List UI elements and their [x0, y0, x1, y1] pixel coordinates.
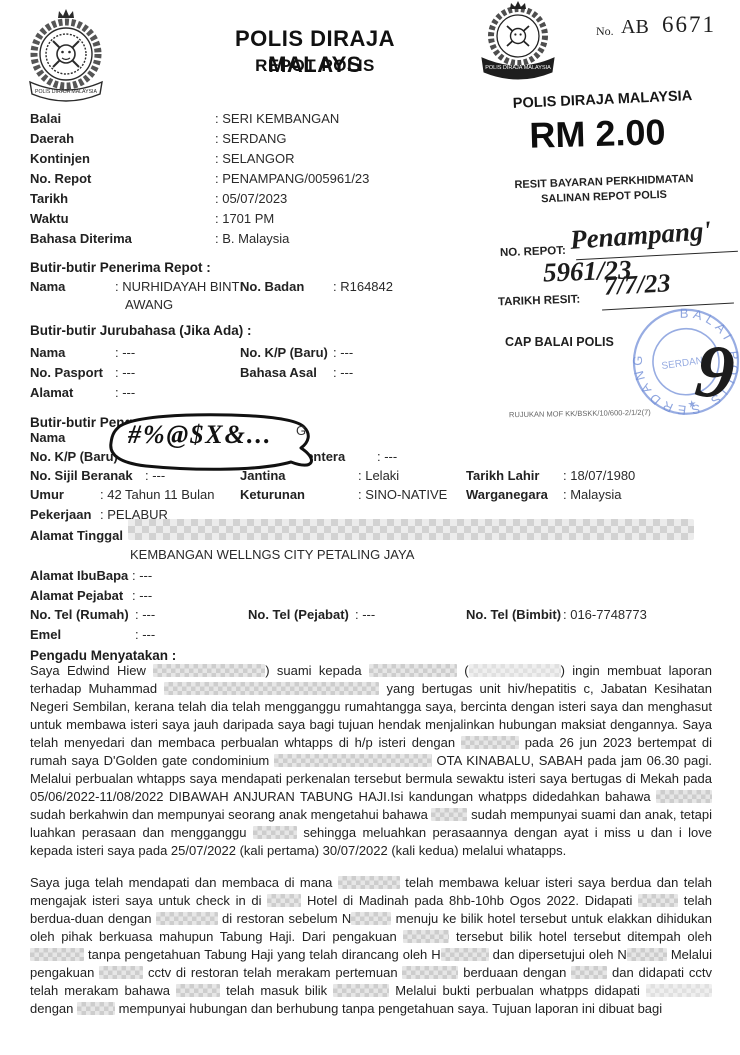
redacted-text: [656, 790, 712, 803]
statement-text: cctv di restoran telah merakam pertemuan: [143, 965, 402, 980]
statement-text: dengan: [30, 1001, 77, 1016]
field-label: No. K/P (Baru): [240, 345, 328, 360]
redacted-text: [30, 948, 84, 961]
redacted-text: [402, 966, 458, 979]
field-label: Warganegara: [466, 487, 548, 502]
redacted-address-line: [128, 519, 694, 540]
field-label: No. K/P (Baru): [30, 449, 118, 464]
field-value: : SELANGOR: [215, 151, 294, 166]
field-label: Tarikh: [30, 191, 68, 206]
field-value: : ---: [115, 365, 135, 380]
statement-paragraph-2: Saya juga telah mendapati dan membaca di…: [30, 874, 712, 1018]
page-subtitle: REPOT POLIS: [190, 56, 440, 76]
field-value: : Malaysia: [563, 487, 622, 502]
statement-text: telah masuk bilik: [220, 983, 333, 998]
redacted-text: [274, 754, 432, 767]
field-label: Alamat Tinggal: [30, 528, 123, 543]
police-report-page: POLIS DIRAJA MALAYSIA POLIS DIRAJA MALAY…: [0, 0, 740, 1055]
redacted-text: [77, 1002, 115, 1015]
field-label: Nama: [30, 279, 65, 294]
cap-balai-label: CAP BALAI POLIS: [505, 335, 614, 349]
field-label: Balai: [30, 111, 61, 126]
field-value: : ---: [135, 627, 155, 642]
field-label: Alamat Pejabat: [30, 588, 123, 603]
field-label: Pekerjaan: [30, 507, 91, 522]
field-value: : 42 Tahun 11 Bulan: [100, 487, 214, 502]
redacted-text: [99, 966, 143, 979]
field-label: Waktu: [30, 211, 69, 226]
statement-text: Hotel di Madinah pada 8hb-10hb Ogos 2022…: [301, 893, 638, 908]
statement-text: (: [457, 663, 469, 678]
field-label: Emel: [30, 627, 61, 642]
field-value: : ---: [132, 588, 152, 603]
handwritten-receipt-date: 7/7/23: [603, 270, 671, 299]
statement-heading: Pengadu Menyatakan :: [30, 648, 176, 663]
handwritten-nine: 9: [692, 332, 738, 412]
field-value: : ---: [115, 345, 135, 360]
field-label: No. Tel (Bimbit): [466, 607, 561, 622]
receipt-tarikh-label: TARIKH RESIT:: [498, 294, 581, 309]
field-value: : ---: [132, 568, 152, 583]
field-label: No. Badan: [240, 279, 304, 294]
field-value: : 18/07/1980: [563, 468, 635, 483]
serial-number: 6671: [662, 12, 716, 38]
statement-text: tanpa pengetahuan Tabung Haji yang telah…: [84, 947, 441, 962]
field-value: : ---: [135, 607, 155, 622]
statement-text: Saya juga telah mendapati dan membaca di…: [30, 875, 338, 890]
redacted-text: [571, 966, 607, 979]
field-label: Alamat: [30, 385, 73, 400]
field-label: No. Pasport: [30, 365, 103, 380]
field-value: : ---: [333, 345, 353, 360]
field-label: Bahasa Diterima: [30, 231, 132, 246]
redacted-text: [351, 912, 391, 925]
field-value: : NURHIDAYAH BINTI: [115, 279, 243, 294]
scribble-text: #%@$X&...: [128, 420, 272, 450]
statement-text: Melalui bukti perbualan whatpps didapati: [389, 983, 646, 998]
statement-text: tersebut bilik hotel tersebut ditempah o…: [449, 929, 712, 944]
redacted-text: [333, 984, 389, 997]
statement-body: Saya Edwind Hiew ) suami kepada () ingin…: [30, 662, 712, 1032]
field-value: : ---: [333, 365, 353, 380]
crest-ribbon-text: POLIS DIRAJA MALAYSIA: [35, 89, 97, 95]
field-label: Tarikh Lahir: [466, 468, 539, 483]
field-value: : ---: [355, 607, 375, 622]
name-visible-letter: G: [296, 423, 306, 438]
crest-ribbon-text: POLIS DIRAJA MALAYSIA: [485, 65, 551, 71]
statement-paragraph-1: Saya Edwind Hiew ) suami kepada () ingin…: [30, 662, 712, 860]
redacted-text: [338, 876, 400, 889]
statement-text: sudah berkahwin dan mempunyai seorang an…: [30, 807, 431, 822]
field-label: Nama: [30, 430, 65, 445]
statement-text: di restoran sebelum N: [218, 911, 352, 926]
redacted-text: [369, 664, 457, 677]
field-label: Umur: [30, 487, 64, 502]
redacted-text: [403, 930, 449, 943]
redacted-text: [253, 826, 297, 839]
field-label: Alamat IbuBapa: [30, 568, 128, 583]
field-value: : 05/07/2023: [215, 191, 287, 206]
field-value: : ---: [377, 449, 397, 464]
field-value: : R164842: [333, 279, 393, 294]
field-value: KEMBANGAN WELLNGS CITY PETALING JAYA: [130, 547, 414, 562]
field-label: No. Tel (Pejabat): [248, 607, 349, 622]
redacted-text: [164, 682, 379, 695]
redacted-text: [461, 736, 519, 749]
redacted-text: [646, 984, 712, 997]
field-label: No. Repot: [30, 171, 91, 186]
redacted-text: [627, 948, 667, 961]
statement-text: dan dipersetujui oleh N: [489, 947, 627, 962]
field-value: AWANG: [125, 297, 173, 312]
field-value: : SINO-NATIVE: [358, 487, 447, 502]
field-value: : ---: [115, 385, 135, 400]
field-label: Bahasa Asal: [240, 365, 317, 380]
redacted-text: [638, 894, 678, 907]
field-label: Kontinjen: [30, 151, 90, 166]
section-penerima-heading: Butir-butir Penerima Repot :: [30, 260, 211, 275]
redacted-text: [441, 948, 489, 961]
field-value: : Lelaki: [358, 468, 399, 483]
field-label: Nama: [30, 345, 65, 360]
receipt-amount: RM 2.00: [509, 111, 685, 158]
serial-prefix: No.: [596, 24, 614, 39]
redacted-text: [156, 912, 218, 925]
field-label: Keturunan: [240, 487, 305, 502]
statement-text: Saya Edwind Hiew: [30, 663, 153, 678]
redacted-text: [431, 808, 467, 821]
redacted-text: [469, 664, 561, 677]
prdm-crest-right-icon: POLIS DIRAJA MALAYSIA: [466, 0, 570, 88]
field-value: : SERDANG: [215, 131, 287, 146]
serial-series: AB: [621, 16, 649, 39]
redacted-text: [267, 894, 301, 907]
field-value: : B. Malaysia: [215, 231, 289, 246]
field-label: No. Tel (Rumah): [30, 607, 129, 622]
redacted-text: [153, 664, 265, 677]
section-jurubahasa-heading: Butir-butir Jurubahasa (Jika Ada) :: [30, 323, 252, 338]
receipt-org: POLIS DIRAJA MALAYSIA: [500, 88, 706, 113]
field-label: Daerah: [30, 131, 74, 146]
field-value: : SERI KEMBANGAN: [215, 111, 339, 126]
field-value: : PENAMPANG/005961/23: [215, 171, 369, 186]
redacted-text: [176, 984, 220, 997]
statement-text: mempunyai hubungan dan berhubung tanpa p…: [115, 1001, 662, 1016]
field-value: : 1701 PM: [215, 211, 274, 226]
statement-text: ) suami kepada: [265, 663, 369, 678]
handwritten-repot-name: Penampang': [569, 217, 712, 254]
field-value: : 016-7748773: [563, 607, 647, 622]
statement-text: berduaan dengan: [458, 965, 571, 980]
prdm-crest-left-icon: POLIS DIRAJA MALAYSIA: [20, 6, 112, 108]
